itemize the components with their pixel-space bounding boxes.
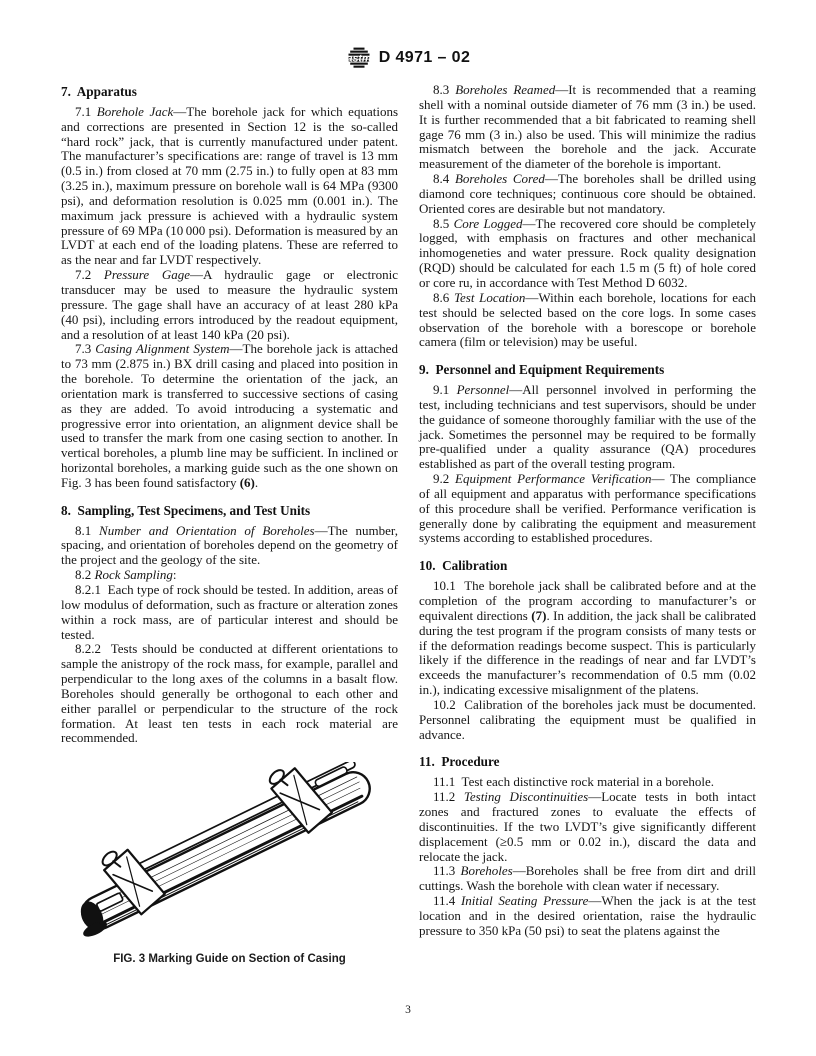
paragraph: 8.6 Test Location—Within each borehole, … — [419, 291, 756, 350]
text-run: Testing Discontinuities — [464, 789, 588, 804]
paragraph: 8.1 Number and Orientation of Boreholes—… — [61, 524, 398, 569]
text-run: 7.3 — [75, 341, 95, 356]
paragraph: 8.4 Boreholes Cored—The boreholes shall … — [419, 172, 756, 217]
figure-3: FIG. 3 Marking Guide on Section of Casin… — [61, 762, 398, 965]
astm-logo-text: astm — [346, 53, 371, 65]
text-run: (6) — [240, 475, 255, 490]
paragraph: 11.3 Boreholes—Boreholes shall be free f… — [419, 864, 756, 894]
figure-caption: FIG. 3 Marking Guide on Section of Casin… — [61, 953, 398, 965]
text-run: 11.2 — [433, 789, 464, 804]
text-run: 8.5 — [433, 216, 454, 231]
text-run: 8.2.1 Each type of rock should be tested… — [61, 582, 398, 642]
text-run: Boreholes Reamed — [455, 82, 555, 97]
paragraph: 8.5 Core Logged—The recovered core shoul… — [419, 217, 756, 291]
paragraph: 10.2 Calibration of the boreholes jack m… — [419, 698, 756, 743]
paragraph: 11.2 Testing Discontinuities—Locate test… — [419, 790, 756, 864]
document-page: astm D 4971 – 02 7. Apparatus7.1 Borehol… — [0, 0, 816, 1056]
text-run: Initial Seating Pressure — [461, 893, 588, 908]
text-run: 10.2 Calibration of the boreholes jack m… — [419, 697, 756, 742]
section-heading: 11. Procedure — [419, 755, 756, 770]
paragraph: 11.4 Initial Seating Pressure—When the j… — [419, 894, 756, 939]
text-run: (7) — [531, 608, 546, 623]
text-run: 7.1 — [75, 104, 97, 119]
paragraph: 7.2 Pressure Gage—A hydraulic gage or el… — [61, 268, 398, 342]
text-run: 8.2 — [75, 567, 95, 582]
text-run: Test Location — [454, 290, 525, 305]
text-run: —The borehole jack is attached to 73 mm … — [61, 341, 398, 490]
text-run: 8.3 — [433, 82, 455, 97]
text-run: Boreholes — [461, 863, 513, 878]
left-column: 7. Apparatus7.1 Borehole Jack—The boreho… — [61, 83, 398, 965]
text-run: 11.3 — [433, 863, 461, 878]
text-run: : — [173, 567, 177, 582]
paragraph: 9.1 Personnel—All personnel involved in … — [419, 383, 756, 472]
paragraph: 10.1 The borehole jack shall be calibrat… — [419, 579, 756, 698]
text-run: 11.4 — [433, 893, 461, 908]
paragraph: 7.3 Casing Alignment System—The borehole… — [61, 342, 398, 490]
paragraph: 8.3 Boreholes Reamed—It is recommended t… — [419, 83, 756, 172]
section-heading: 8. Sampling, Test Specimens, and Test Un… — [61, 504, 398, 519]
two-column-body: 7. Apparatus7.1 Borehole Jack—The boreho… — [61, 83, 756, 965]
text-run: 8.2.2 Tests should be conducted at diffe… — [61, 641, 398, 745]
section-heading: 9. Personnel and Equipment Requirements — [419, 363, 756, 378]
text-run: . — [255, 475, 258, 490]
text-run: 7.2 — [75, 267, 104, 282]
paragraph: 8.2 Rock Sampling: — [61, 568, 398, 583]
paragraph: 11.1 Test each distinctive rock material… — [419, 775, 756, 790]
astm-logo-icon: astm — [346, 46, 372, 70]
text-run: Personnel — [457, 382, 510, 397]
text-run: Boreholes Cored — [455, 171, 545, 186]
text-run: Borehole Jack — [97, 104, 174, 119]
paragraph: 8.2.1 Each type of rock should be tested… — [61, 583, 398, 642]
text-run: Number and Orientation of Boreholes — [99, 523, 315, 538]
page-header: astm D 4971 – 02 — [0, 46, 816, 70]
paragraph: 8.2.2 Tests should be conducted at diffe… — [61, 642, 398, 746]
right-column: 8.3 Boreholes Reamed—It is recommended t… — [419, 83, 756, 965]
text-run: 8.1 — [75, 523, 99, 538]
section-heading: 10. Calibration — [419, 559, 756, 574]
text-run: 8.4 — [433, 171, 455, 186]
text-run: 8.6 — [433, 290, 454, 305]
text-run: Casing Alignment System — [95, 341, 229, 356]
text-run: Equipment Performance Verification — [455, 471, 651, 486]
text-run: Pressure Gage — [104, 267, 190, 282]
text-run: 9.1 — [433, 382, 457, 397]
text-run: Core Logged — [454, 216, 523, 231]
text-run: —The borehole jack for which equations a… — [61, 104, 398, 267]
page-number: 3 — [405, 1004, 411, 1016]
casing-marking-guide-illustration — [62, 762, 398, 948]
text-run: 9.2 — [433, 471, 455, 486]
text-run: 11.1 Test each distinctive rock material… — [433, 774, 714, 789]
document-code: D 4971 – 02 — [379, 49, 471, 67]
page-footer: 3 — [0, 1004, 816, 1016]
text-run: Rock Sampling — [95, 567, 173, 582]
section-heading: 7. Apparatus — [61, 85, 398, 100]
paragraph: 9.2 Equipment Performance Verification— … — [419, 472, 756, 546]
paragraph: 7.1 Borehole Jack—The borehole jack for … — [61, 105, 398, 268]
